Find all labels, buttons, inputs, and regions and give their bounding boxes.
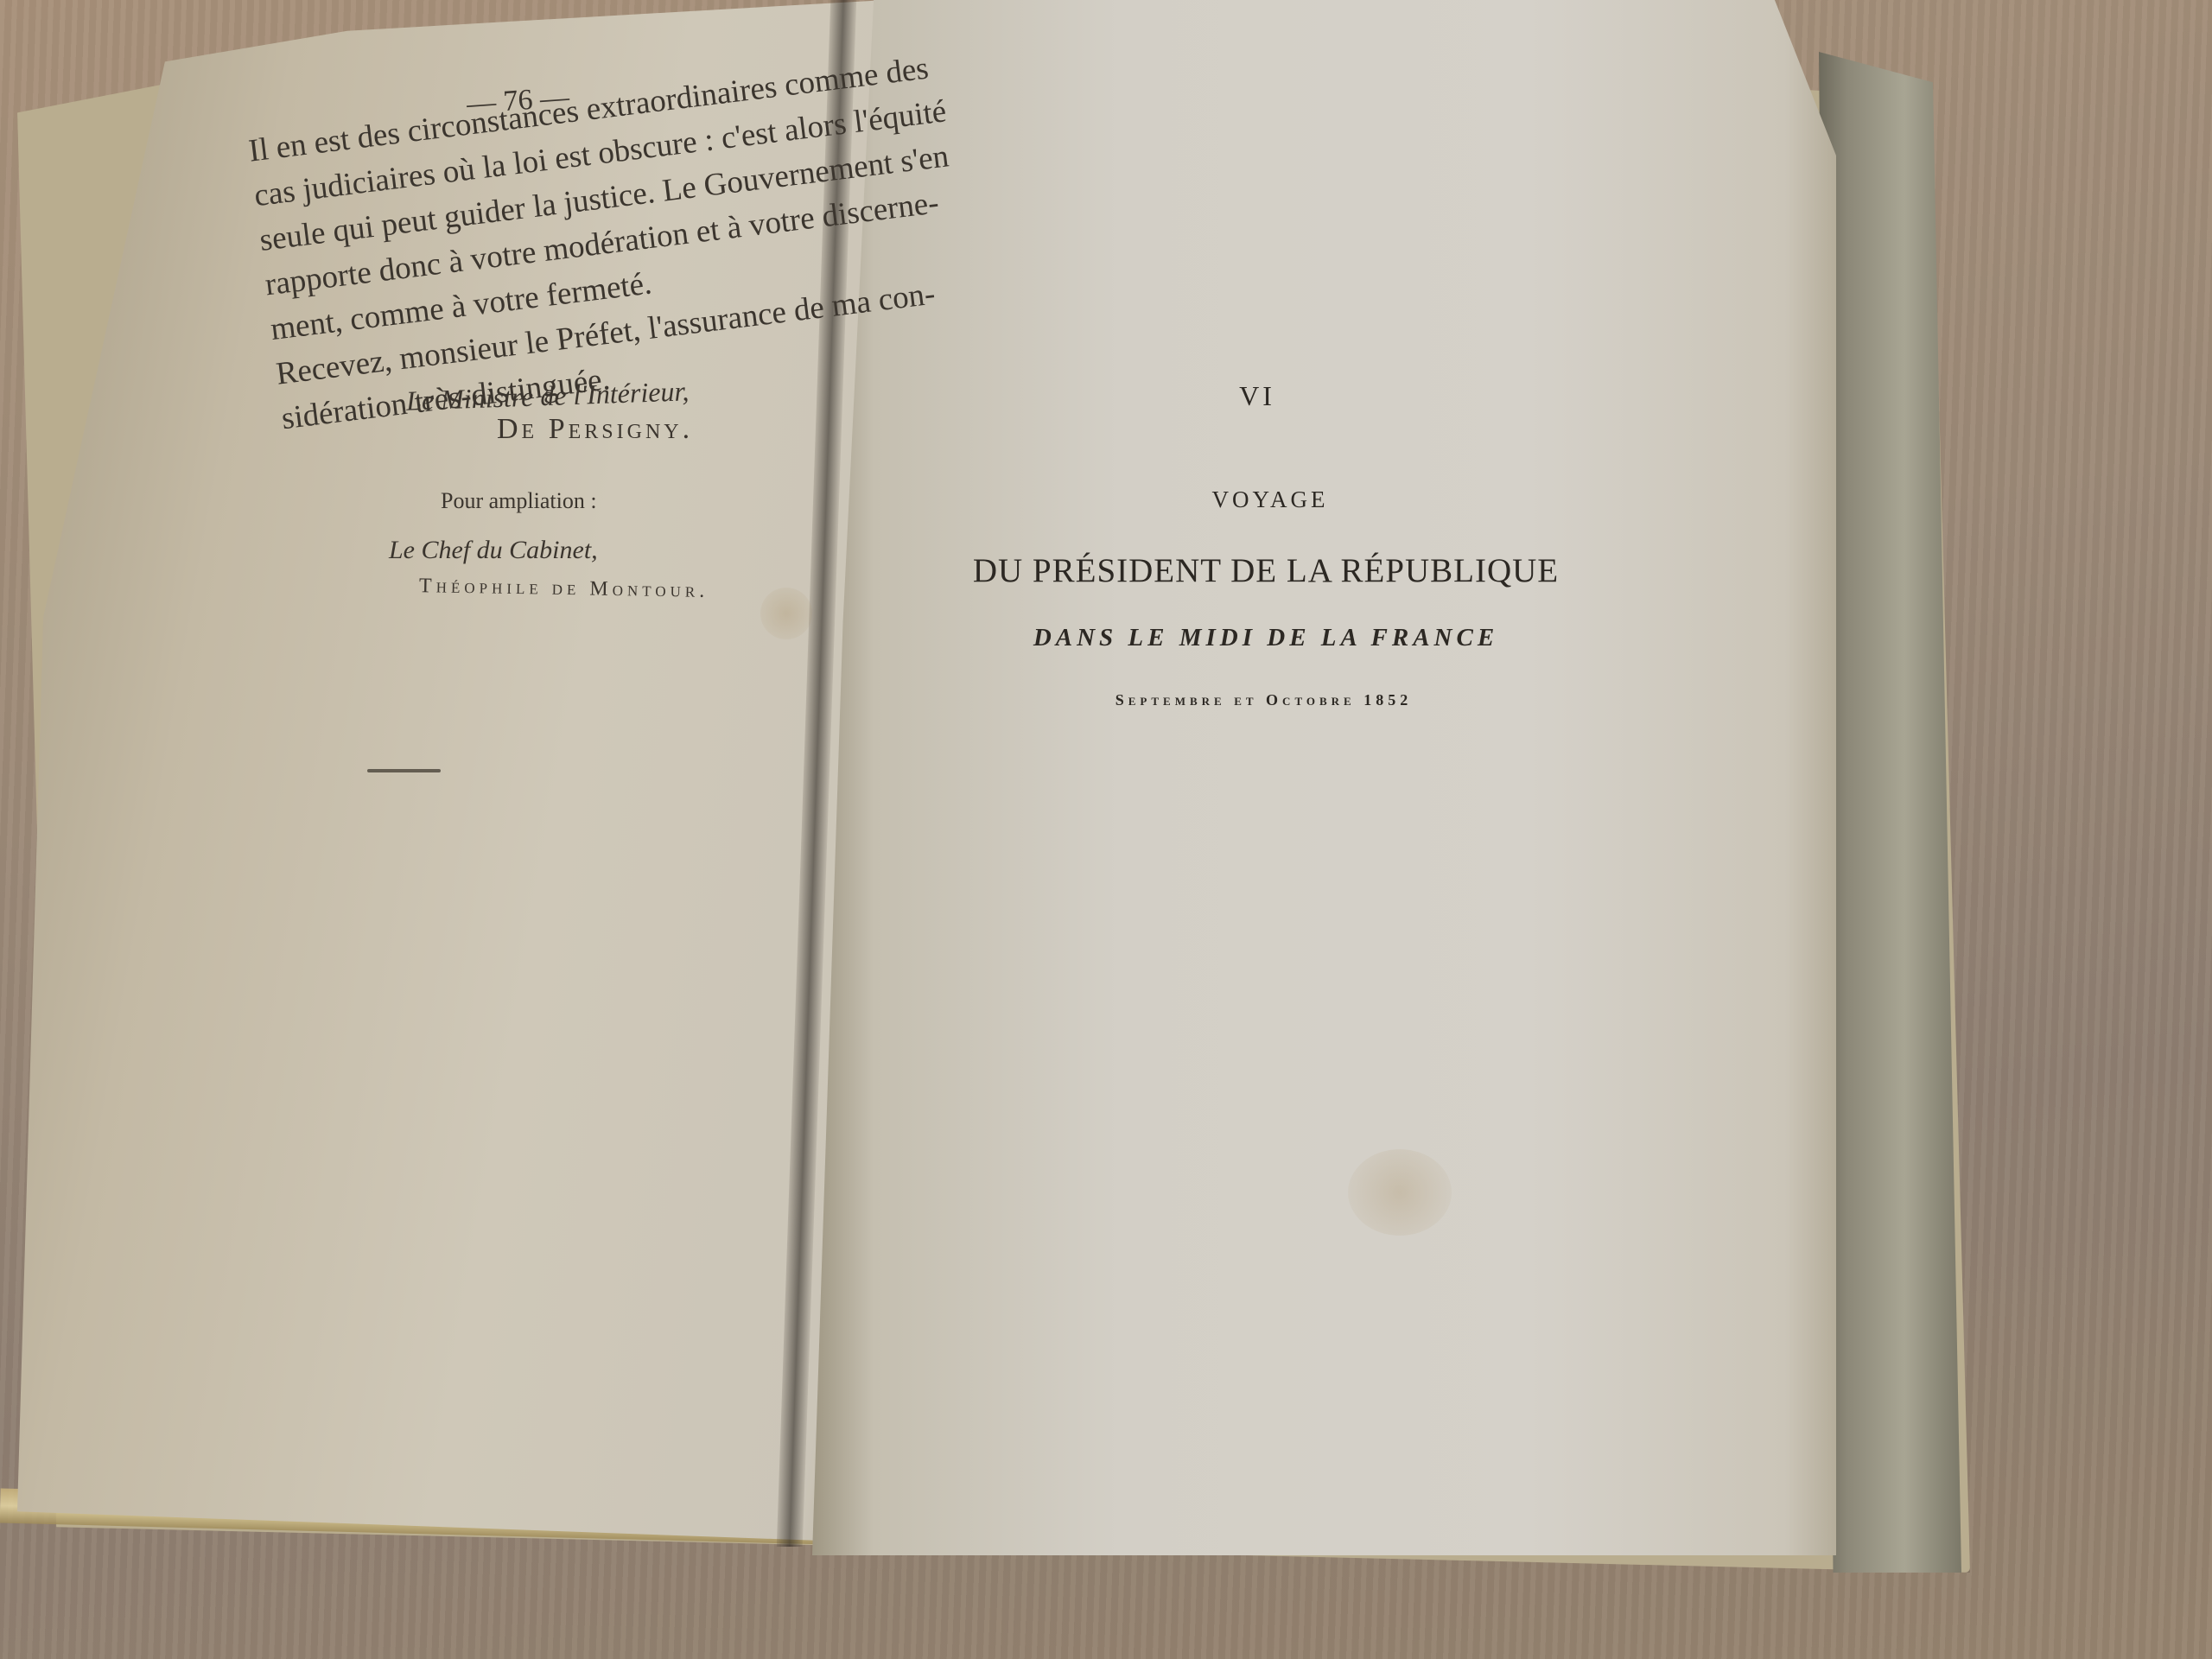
ampliation-label: Pour ampliation : [441,488,597,514]
date-line: Septembre et Octobre 1852 [1084,691,1443,709]
title-line-1: VOYAGE [1166,486,1374,513]
foxing-stain [760,588,812,639]
chapter-number: VI [1210,380,1305,412]
foxing-stain [1348,1149,1452,1236]
chef-role: Le Chef du Cabinet, [389,536,598,565]
end-rule [367,769,441,772]
title-line-3: DANS LE MIDI DE LA FRANCE [1015,624,1516,652]
title-line-2: DU PRÉSIDENT DE LA RÉPUBLIQUE [963,551,1568,590]
right-page [812,0,1836,1555]
signature-name: De Persigny. [497,413,693,446]
